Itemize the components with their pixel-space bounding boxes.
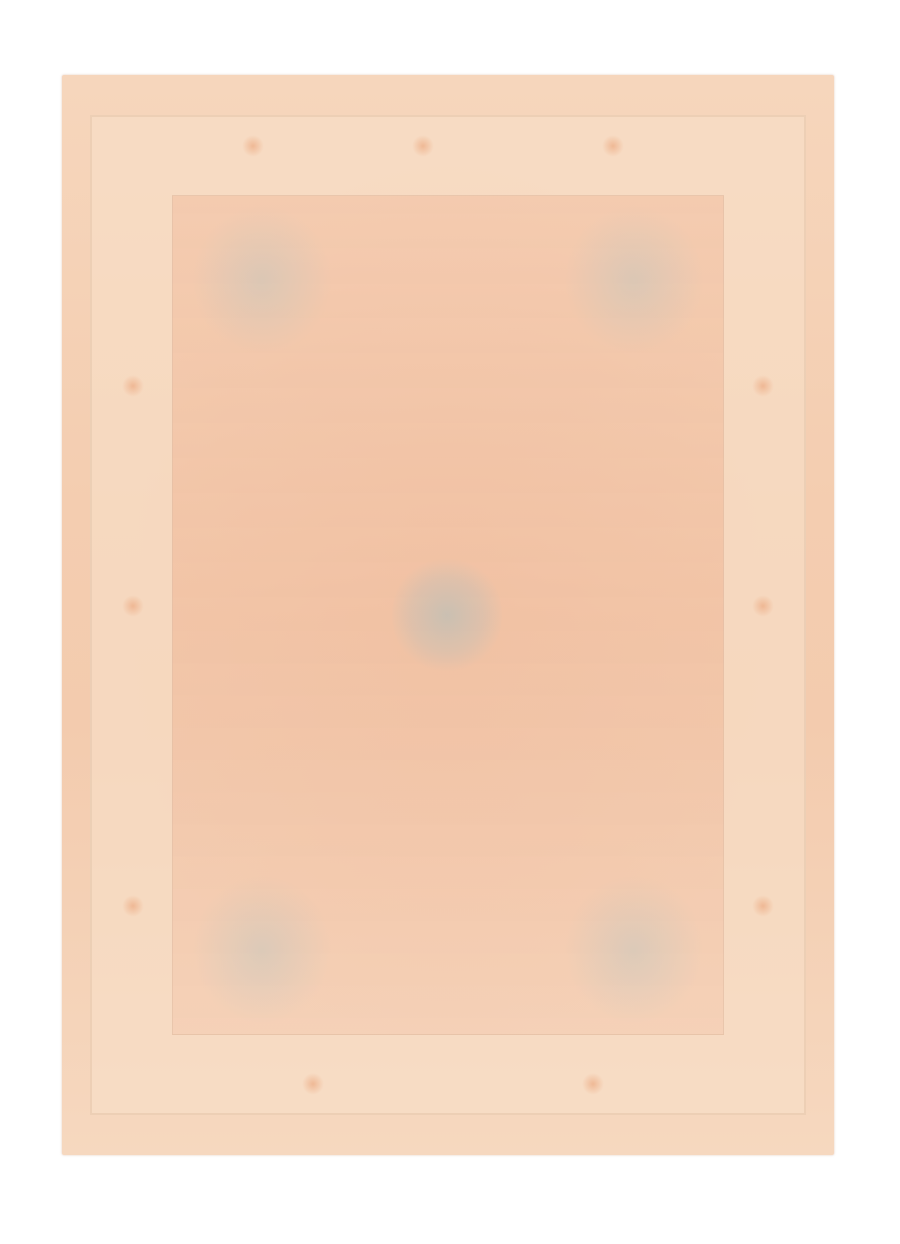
border-motif — [602, 135, 624, 157]
rug-corner-tr — [564, 205, 704, 355]
border-motif — [752, 375, 774, 397]
border-motif — [122, 375, 144, 397]
border-motif — [122, 895, 144, 917]
rug-medallion — [392, 555, 502, 675]
border-motif — [752, 595, 774, 617]
border-motif — [242, 135, 264, 157]
border-motif — [122, 595, 144, 617]
rug — [62, 75, 834, 1155]
rug-corner-tl — [192, 205, 332, 355]
border-motif — [582, 1073, 604, 1095]
border-motif — [302, 1073, 324, 1095]
rug-corner-bl — [192, 875, 332, 1025]
border-motif — [412, 135, 434, 157]
border-motif — [752, 895, 774, 917]
rug-corner-br — [564, 875, 704, 1025]
